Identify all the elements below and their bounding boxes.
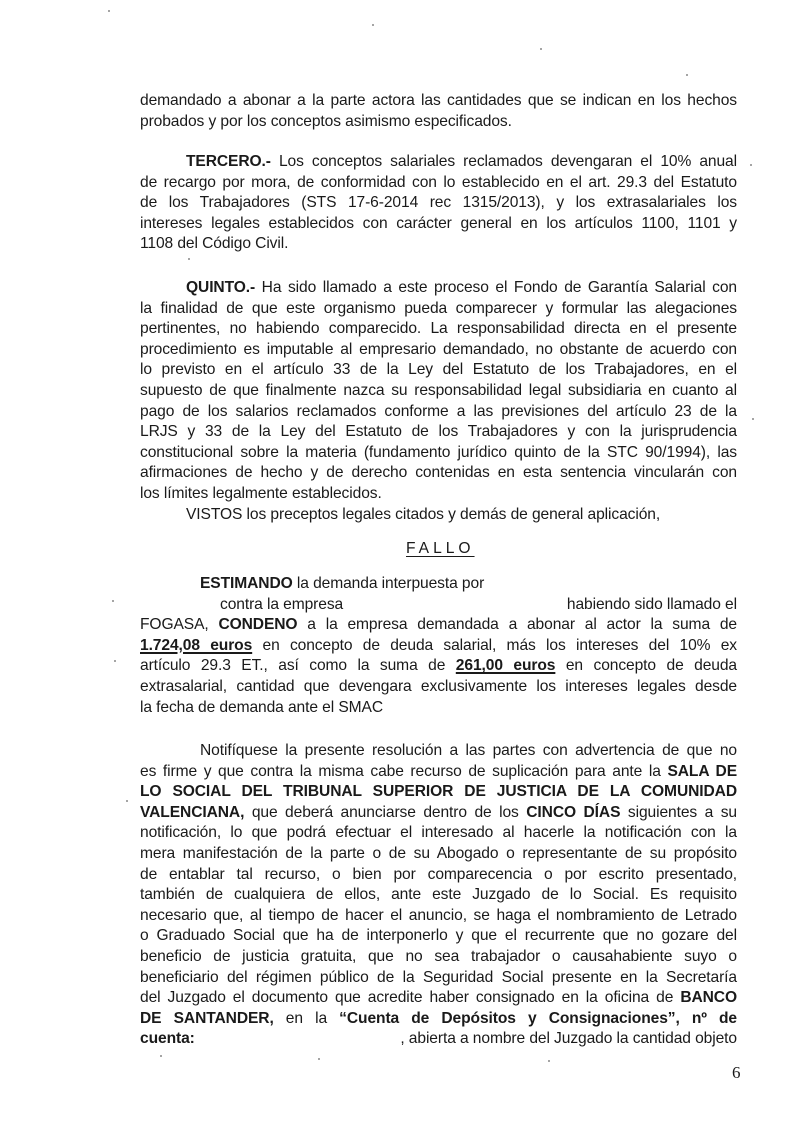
notificacion-paragraph: Notifíquese la presente resolución a las… [140, 741, 737, 1050]
text-line: a la empresa demandada a abonar al actor… [297, 616, 737, 633]
text-line: mera manifestación de la parte o de su A… [140, 844, 737, 865]
court-name: VALENCIANA, [140, 804, 244, 821]
text-line: de entablar tal recurso, o bien por comp… [140, 865, 737, 886]
text-line: en la [274, 1010, 340, 1027]
text-line: contra la empresa [140, 596, 343, 613]
text-line: los límites legalmente establecidos. [140, 484, 737, 505]
scan-speck [750, 164, 752, 166]
text-line: Ha sido llamado a este proceso el Fondo … [255, 279, 737, 296]
text-line: que deberá anunciarse dentro de los [244, 804, 526, 821]
scan-speck [318, 1058, 320, 1060]
scan-speck [540, 48, 542, 50]
text-line: probados y por los conceptos asimismo es… [140, 112, 737, 133]
text-line: supuesto de que finalmente nazca su resp… [140, 381, 737, 402]
text-line: de recargo por mora, de conformidad con … [140, 173, 737, 194]
court-name: SALA DE [667, 763, 737, 780]
scan-speck [126, 800, 128, 802]
text-line: intereses legales establecidos con carác… [140, 214, 737, 235]
text-line: notificación, lo que podrá efectuar el i… [140, 823, 737, 844]
quinto-paragraph: QUINTO.- Ha sido llamado a este proceso … [140, 278, 737, 505]
text-line: en concepto de deuda salarial, más los i… [252, 637, 737, 654]
deadline-label: CINCO DÍAS [526, 804, 620, 821]
scan-speck [372, 24, 374, 26]
scan-speck [160, 1055, 162, 1057]
vistos-paragraph: VISTOS los preceptos legales citados y d… [140, 505, 737, 526]
scan-speck [108, 10, 110, 12]
account-label: cuenta: [140, 1030, 195, 1047]
text-line: habiendo sido llamado el [567, 595, 737, 616]
tercero-label: TERCERO.- [186, 153, 271, 170]
amount-extrasalarial: 261,00 euros [456, 657, 556, 674]
text-line: también de cualquiera de ellos, ante est… [140, 885, 737, 906]
text-line: demandado a abonar a la parte actora las… [140, 91, 737, 112]
scan-speck [686, 74, 688, 76]
scan-speck [548, 1060, 550, 1062]
text-line: constitucional sobre la materia (fundame… [140, 443, 737, 464]
amount-salarial: 1.724,08 euros [140, 637, 252, 654]
text-line: es firme y que contra la misma cabe recu… [140, 763, 667, 780]
estimando-label: ESTIMANDO [200, 575, 293, 592]
text-line: , abierta a nombre del Juzgado la cantid… [400, 1029, 737, 1050]
text-line: la demanda interpuesta por [293, 575, 484, 592]
text-line: necesario que, al tiempo de hacer el anu… [140, 906, 737, 927]
text-line: procedimiento es imputable al empresario… [140, 340, 737, 361]
text-line: afirmaciones de hecho y de derecho conte… [140, 463, 737, 484]
text-line: 1108 del Código Civil. [140, 234, 737, 255]
text-line: extrasalarial, cantidad que devengara ex… [140, 677, 737, 698]
scan-speck [752, 418, 754, 420]
scan-speck [114, 660, 116, 662]
bank-name: BANCO [680, 989, 737, 1006]
text-line: en concepto de deuda [555, 657, 737, 674]
court-name: LO SOCIAL DEL TRIBUNAL SUPERIOR DE JUSTI… [140, 782, 737, 803]
fallo-heading: FALLO [406, 540, 475, 558]
text-line: beneficio de justicia gratuita, que no s… [140, 947, 737, 968]
text-line: Los conceptos salariales reclamados deve… [271, 153, 737, 170]
tercero-paragraph: TERCERO.- Los conceptos salariales recla… [140, 152, 737, 255]
scan-speck [188, 258, 190, 260]
fallo-paragraph: ESTIMANDO la demanda interpuesta por con… [140, 574, 737, 718]
page-number: 6 [732, 1063, 741, 1083]
scan-speck [600, 470, 602, 472]
document-page: demandado a abonar a la parte actora las… [0, 0, 800, 1132]
text-line: del Juzgado el documento que acredite ha… [140, 989, 680, 1006]
intro-paragraph: demandado a abonar a la parte actora las… [140, 91, 737, 132]
text-line: de los Trabajadores (STS 17-6-2014 rec 1… [140, 193, 737, 214]
account-label: “Cuenta de Depósitos y Consignaciones”, … [339, 1010, 737, 1027]
text-line: VISTOS los preceptos legales citados y d… [140, 505, 737, 526]
text-line: artículo 29.3 ET., así como la suma de [140, 657, 456, 674]
text-line: Notifíquese la presente resolución a las… [140, 741, 737, 762]
text-line: la fecha de demanda ante el SMAC [140, 698, 737, 719]
text-line: lo previsto en el artículo 33 de la Ley … [140, 360, 737, 381]
text-line: FOGASA, [140, 616, 218, 633]
text-line: pago de los salarios reclamados conforme… [140, 402, 737, 423]
text-line: o Graduado Social que ha de interponerlo… [140, 926, 737, 947]
text-line: pertinentes, no habiendo comparecido. La… [140, 319, 737, 340]
quinto-label: QUINTO.- [186, 279, 255, 296]
bank-name: DE SANTANDER, [140, 1010, 274, 1027]
scan-speck [112, 600, 114, 602]
text-line: la finalidad de que este organismo pueda… [140, 299, 737, 320]
text-line: LRJS y 33 de la Ley del Estatuto de los … [140, 422, 737, 443]
text-line: siguientes a su [620, 804, 737, 821]
condeno-label: CONDENO [218, 616, 297, 633]
text-line: beneficiario del régimen público de la S… [140, 968, 737, 989]
